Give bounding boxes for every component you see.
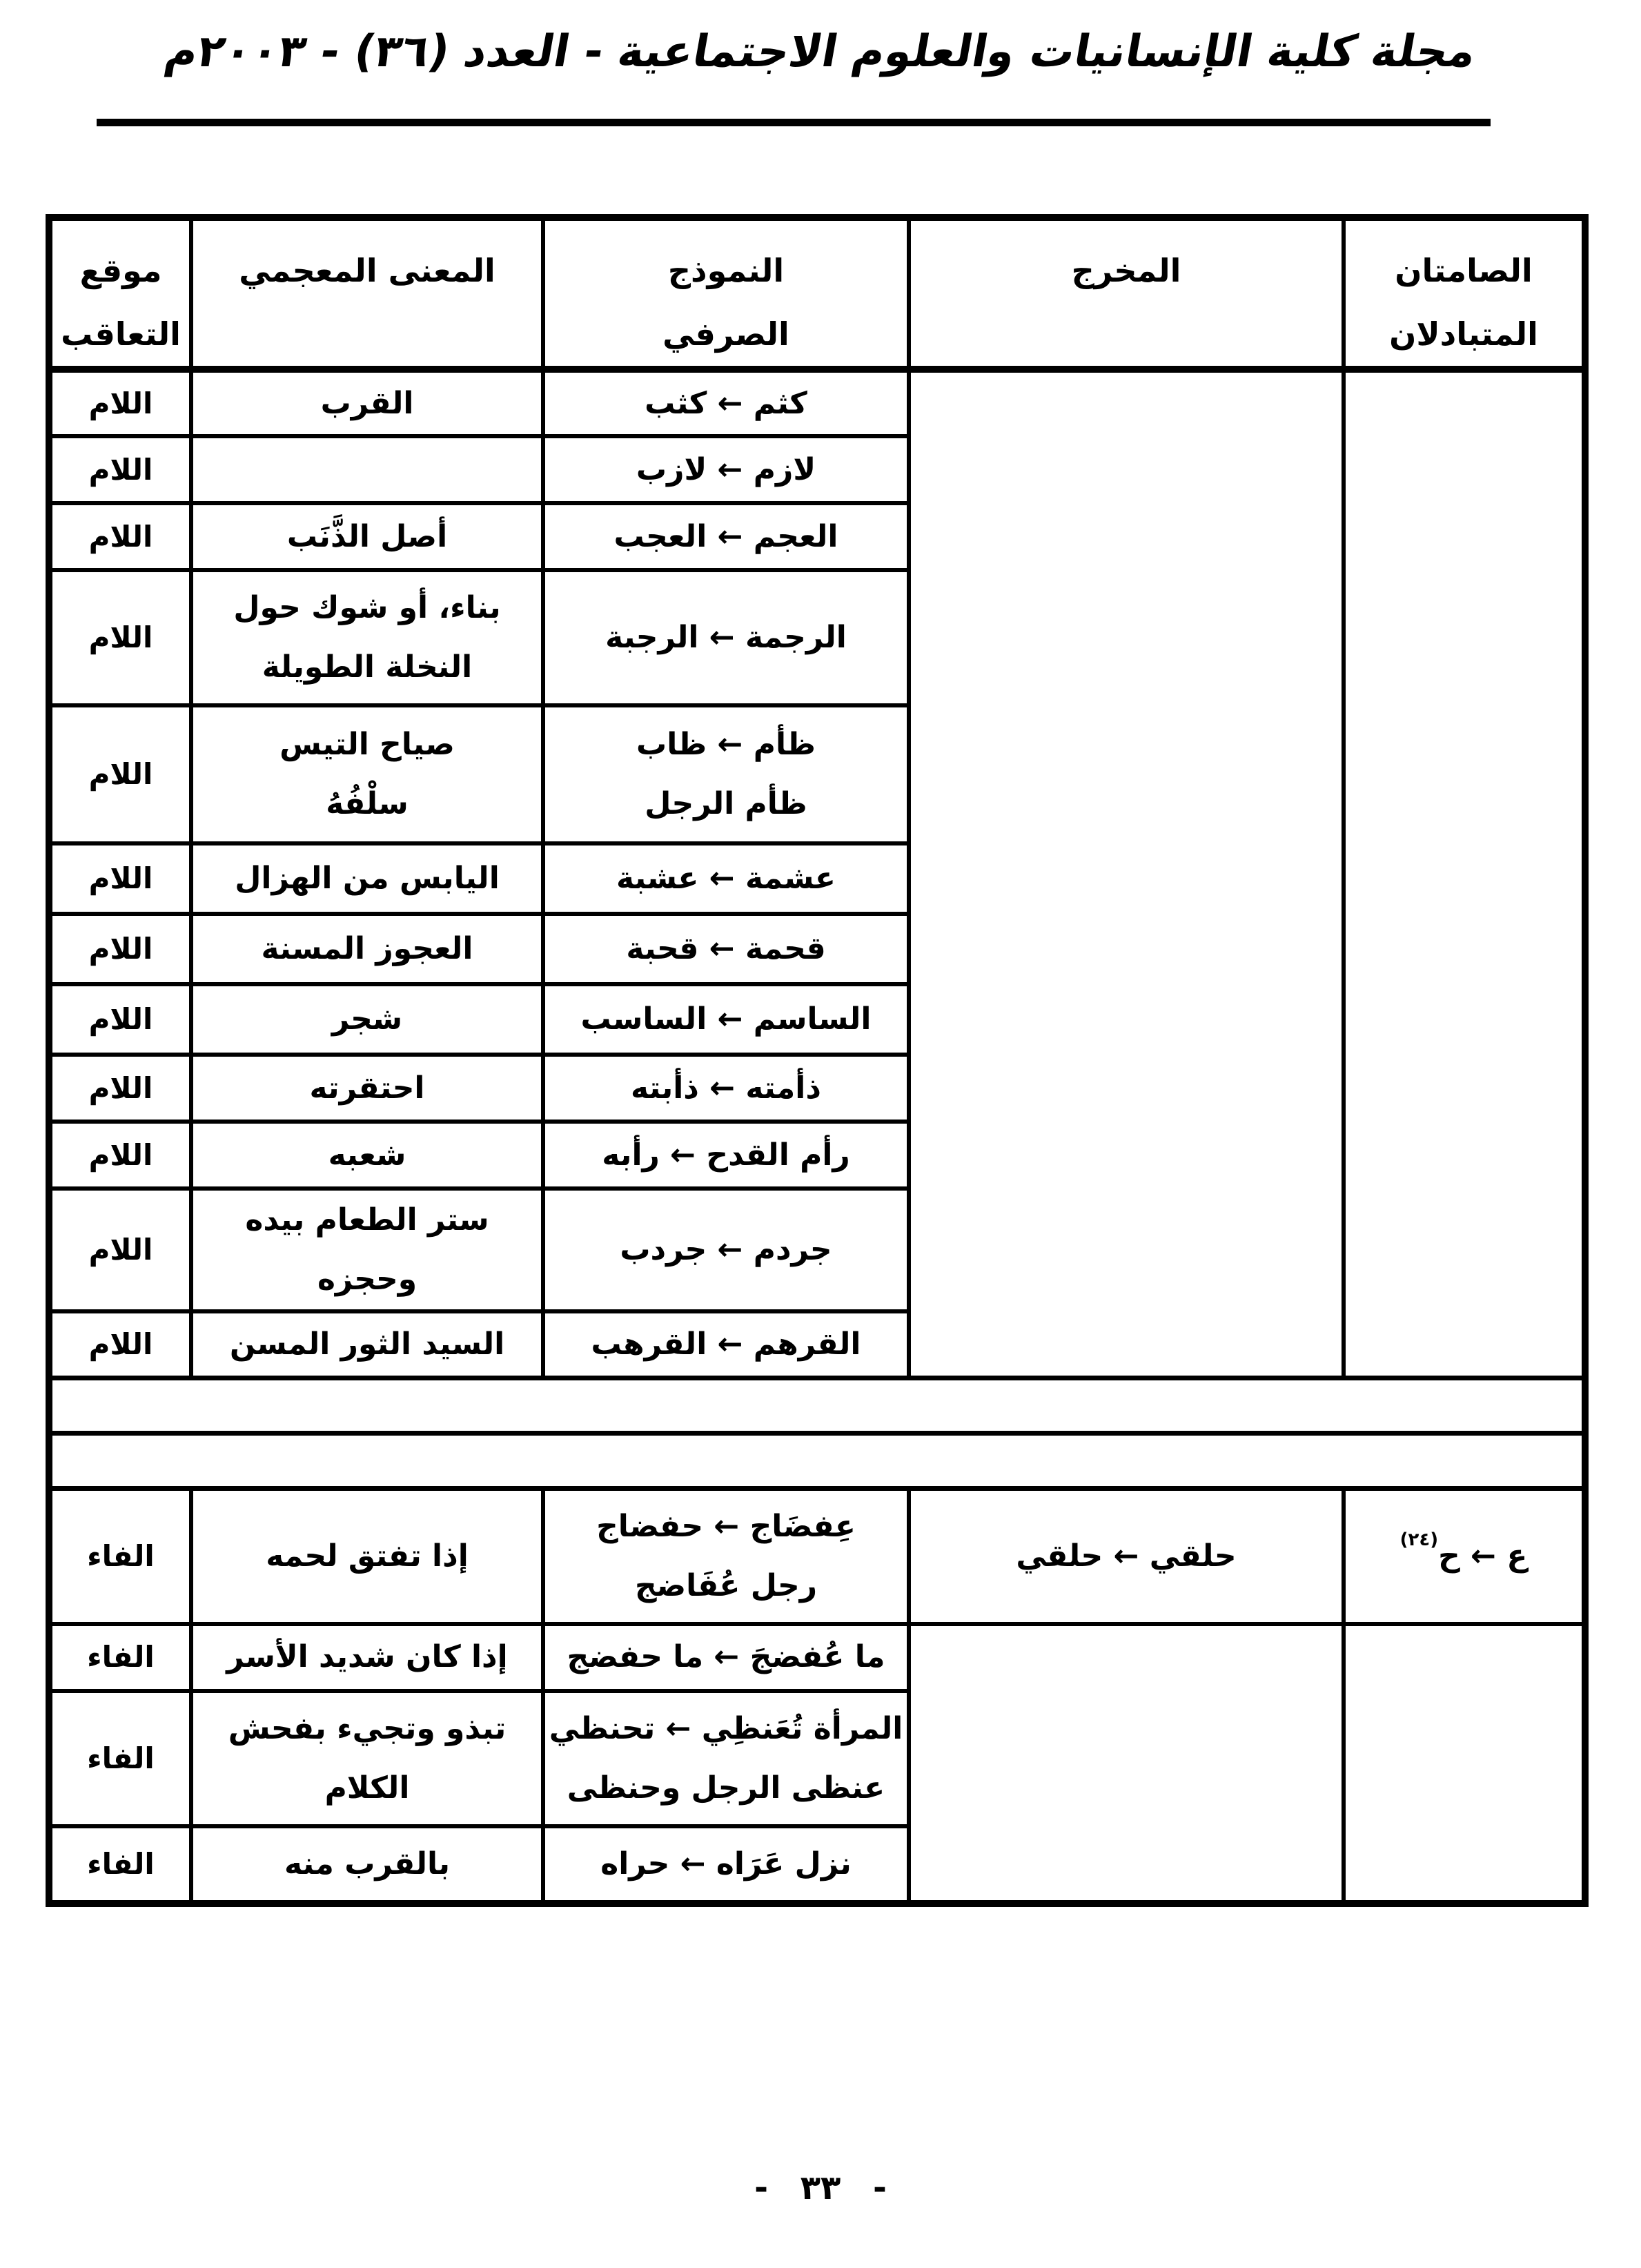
journal-header-title: مجلة كلية الإنسانيات والعلوم الاجتماعية … (64, 26, 1576, 77)
meaning-cell: شعبه (191, 1122, 543, 1189)
articulation-cell: حلقي ← حلقي (909, 1489, 1344, 1624)
position-cell: اللام (49, 503, 191, 570)
table-row: ع ← ح(٢٤) حلقي ← حلقي عِفضَاج ← حفضاج رج… (49, 1489, 1585, 1624)
footnote-ref: (٢٤) (1400, 1529, 1439, 1550)
pattern-cell: قحمة ← قحبة (543, 914, 909, 984)
meaning-cell: شجر (191, 984, 543, 1055)
pattern-cell: الرجمة ← الرجبة (543, 570, 909, 705)
pattern-cell: العجم ← العجب (543, 503, 909, 570)
pattern-cell: المرأة تُعَنظِي ← تحنظي عنظى الرجل وحنظى (543, 1691, 909, 1826)
position-cell: الفاء (49, 1826, 191, 1904)
meaning-cell: بالقرب منه (191, 1826, 543, 1904)
position-cell: اللام (49, 436, 191, 503)
position-cell: اللام (49, 843, 191, 914)
pattern-cell: رأم القدح ← رأبه (543, 1122, 909, 1189)
pattern-cell: عشمة ← عشبة (543, 843, 909, 914)
position-cell: الفاء (49, 1691, 191, 1826)
pattern-cell: ظأم ← ظاب ظأم الرجل (543, 705, 909, 843)
pattern-cell: كثم ← كثب (543, 369, 909, 436)
col-header-consonants: الصامتان المتبادلان (1344, 217, 1585, 369)
meaning-cell: إذا تفتق لحمه (191, 1489, 543, 1624)
position-cell: اللام (49, 1055, 191, 1122)
col-header-position: موقع التعاقب (49, 217, 191, 369)
consonants-merged-empty-cell (1344, 1624, 1585, 1904)
pattern-cell: عِفضَاج ← حفضاج رجل عُفَاضج (543, 1489, 909, 1624)
spacer-cell (49, 1378, 1585, 1434)
consonant-alternation-table: الصامتان المتبادلان المخرج النموذج الصرف… (46, 214, 1589, 1907)
col-header-articulation: المخرج (909, 217, 1344, 369)
meaning-cell: أصل الذَّنَب (191, 503, 543, 570)
table-header-row: الصامتان المتبادلان المخرج النموذج الصرف… (49, 217, 1585, 369)
position-cell: اللام (49, 705, 191, 843)
col-header-meaning: المعنى المعجمي (191, 217, 543, 369)
meaning-cell: ستر الطعام بيده وحجزه (191, 1189, 543, 1311)
consonants-pair: ع ← ح (1438, 1538, 1527, 1574)
meaning-cell: السيد الثور المسن (191, 1311, 543, 1378)
meaning-cell: احتقرته (191, 1055, 543, 1122)
meaning-cell: تبذو وتجيء بفحش الكلام (191, 1691, 543, 1826)
position-cell: اللام (49, 1311, 191, 1378)
pattern-cell: ذأمته ← ذأبته (543, 1055, 909, 1122)
consonants-merged-empty-cell (1344, 369, 1585, 1378)
meaning-cell: العجوز المسنة (191, 914, 543, 984)
position-cell: اللام (49, 984, 191, 1055)
spacer-cell (49, 1434, 1585, 1489)
position-cell: اللام (49, 570, 191, 705)
position-cell: الفاء (49, 1624, 191, 1691)
spacer-row (49, 1378, 1585, 1434)
meaning-cell: بناء، أو شوك حول النخلة الطويلة (191, 570, 543, 705)
meaning-cell: صياح التيس سلْفُهُ (191, 705, 543, 843)
table-row: ما عُفضجَ ← ما حفضج إذا كان شديد الأسر ا… (49, 1624, 1585, 1691)
page-number: - ٣٣ - (0, 2169, 1641, 2207)
meaning-cell (191, 436, 543, 503)
col-header-pattern: النموذج الصرفي (543, 217, 909, 369)
pattern-cell: ما عُفضجَ ← ما حفضج (543, 1624, 909, 1691)
pattern-cell: جردم ← جردب (543, 1189, 909, 1311)
pattern-cell: القرهم ← القرهب (543, 1311, 909, 1378)
meaning-cell: القرب (191, 369, 543, 436)
meaning-cell: اليابس من الهزال (191, 843, 543, 914)
journal-page: مجلة كلية الإنسانيات والعلوم الاجتماعية … (0, 0, 1641, 2268)
articulation-merged-empty-cell (909, 369, 1344, 1378)
position-cell: الفاء (49, 1489, 191, 1624)
position-cell: اللام (49, 1189, 191, 1311)
table-row: كثم ← كثب القرب اللام (49, 369, 1585, 436)
pattern-cell: نزل عَرَاه ← حراه (543, 1826, 909, 1904)
spacer-row (49, 1434, 1585, 1489)
header-rule (97, 119, 1491, 126)
pattern-cell: الساسم ← الساسب (543, 984, 909, 1055)
pattern-cell: لازم ← لازب (543, 436, 909, 503)
articulation-merged-empty-cell (909, 1624, 1344, 1904)
position-cell: اللام (49, 914, 191, 984)
consonants-cell: ع ← ح(٢٤) (1344, 1489, 1585, 1624)
position-cell: اللام (49, 1122, 191, 1189)
meaning-cell: إذا كان شديد الأسر (191, 1624, 543, 1691)
position-cell: اللام (49, 369, 191, 436)
